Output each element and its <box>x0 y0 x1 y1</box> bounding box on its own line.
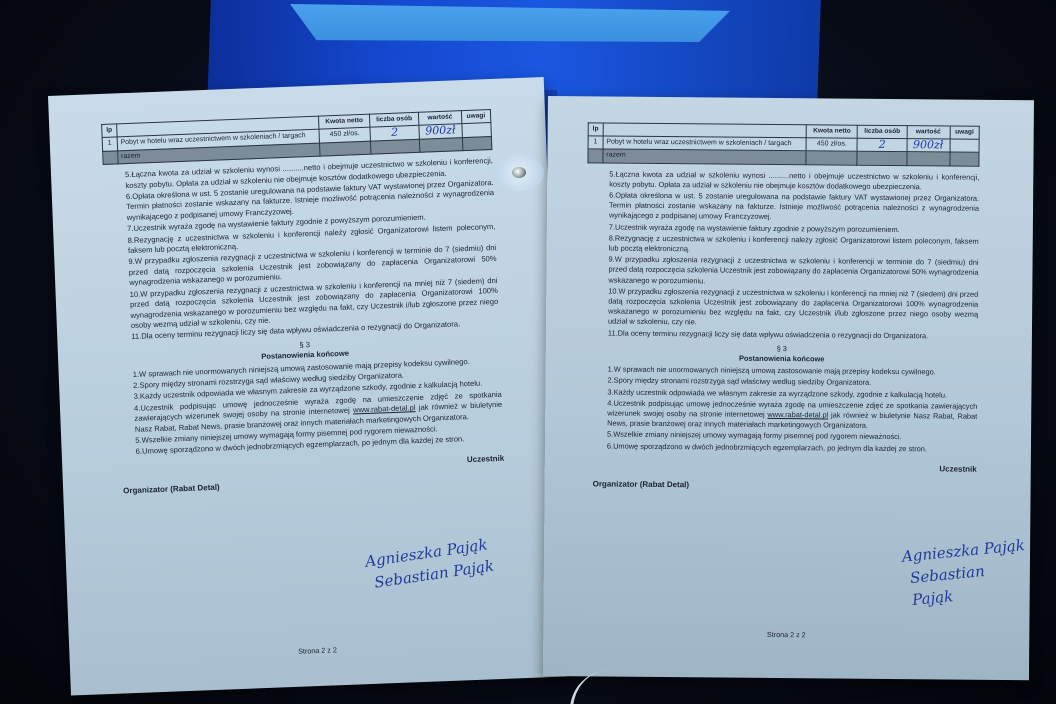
organizer-label: Organizator (Rabat Detal) <box>123 482 220 496</box>
cell-liczba: 2 <box>857 138 906 152</box>
final-provisions: 1.W sprawach nie unormowanych niniejszą … <box>111 355 504 458</box>
cell-empty <box>949 152 979 165</box>
cell-lp: 1 <box>588 136 603 149</box>
snap-button-icon <box>512 167 526 178</box>
clause-text: Każdy uczestnik odpowiada we własnym zak… <box>614 387 948 399</box>
website-link[interactable]: www.rabat-detal.pl <box>767 410 828 420</box>
page-content: lp Kwota netto liczba osób wartość uwagi… <box>101 109 505 508</box>
clause-text: W sprawach nie unormowanych niniejszą um… <box>614 365 936 377</box>
organizer-label: Organizator (Rabat Detal) <box>593 479 690 490</box>
clause-text: Opłata określona w ust. 5 zostanie uregu… <box>609 191 979 222</box>
clause-item: 9.W przypadku zgłoszenia rezygnacji z uc… <box>608 255 978 289</box>
clause-item: 6.Opłata określona w ust. 5 zostanie ure… <box>609 191 979 225</box>
col-wartosc: wartość <box>907 126 950 140</box>
cell-uwagi <box>950 139 980 152</box>
clause-number: 10. <box>608 286 618 295</box>
page-content: lp Kwota netto liczba osób wartość uwagi… <box>584 122 979 504</box>
offer-table: lp Kwota netto liczba osób wartość uwagi… <box>587 122 979 166</box>
clause-number: 10. <box>129 289 140 298</box>
clause-number: 11. <box>608 328 618 337</box>
clause-text: Uczestnik wyraża zgodę na wystawienie fa… <box>615 222 900 233</box>
cell-kwota: 450 zł/os. <box>806 138 857 152</box>
participant-label: Uczestnik <box>939 464 976 475</box>
clause-text: Spory między stronami rozstrzyga sąd wła… <box>614 376 872 387</box>
handwritten-signatures: Agnieszka Pająk Sebastian Pająk <box>364 533 496 595</box>
clause-item: 4.Uczestnik podpisując umowę jednocześni… <box>607 398 977 432</box>
clause-text: W przypadku zgłoszenia rezygnacji z ucze… <box>608 255 978 285</box>
cell-empty <box>588 149 603 162</box>
cell-empty <box>103 151 118 165</box>
offer-table: lp Kwota netto liczba osób wartość uwagi… <box>101 109 492 165</box>
col-liczba: liczba osób <box>858 125 907 139</box>
cell-empty <box>857 152 906 166</box>
page-footer: Strona 2 z 2 <box>69 637 565 665</box>
signature-block: Uczestnik Organizator (Rabat Detal) <box>584 461 976 504</box>
table-total-row: razem <box>588 149 979 166</box>
cell-empty <box>419 137 462 152</box>
payment-clauses: 5.Łączna kwota za udział w szkoleniu wyn… <box>103 156 499 343</box>
folder-clasp <box>494 155 544 191</box>
signature-block: Uczestnik Organizator (Rabat Detal) <box>114 454 505 509</box>
contract-page-right: lp Kwota netto liczba osób wartość uwagi… <box>543 96 1034 680</box>
cell-empty <box>319 141 371 156</box>
col-uwagi: uwagi <box>950 126 980 139</box>
cell-empty <box>806 151 857 165</box>
cell-empty <box>462 136 492 151</box>
col-uwagi: uwagi <box>461 110 491 125</box>
cell-total-label: razem <box>603 149 806 164</box>
clause-item: 8.Rezygnację z uczestnictwa w szkoleniu … <box>609 233 979 257</box>
col-kwota: Kwota netto <box>806 125 857 139</box>
clause-text: Wszelkie zmiany niniejszej umowy wymagaj… <box>613 430 901 442</box>
clause-text: Umowę sporządzono w dwóch jednobrzmiącyc… <box>613 441 927 453</box>
clause-item: 10.W przypadku zgłoszenia rezygnacji z u… <box>608 286 978 330</box>
clause-item: 11.Dla oceny terminu rezygnacji liczy si… <box>608 328 978 341</box>
payment-clauses: 5.Łączna kwota za udział w szkoleniu wyn… <box>586 169 979 342</box>
cell-lp: 1 <box>102 137 117 151</box>
cell-empty <box>370 139 419 154</box>
clause-text: Rezygnację z uczestnictwa w szkoleniu i … <box>609 233 979 253</box>
page-footer: Strona 2 z 2 <box>543 628 1029 641</box>
clause-text: Dla oceny terminu rezygnacji liczy się d… <box>618 328 929 340</box>
col-lp: lp <box>588 123 603 136</box>
website-link[interactable]: www.rabat-detal.pl <box>353 403 416 414</box>
clause-text: Łączna kwota za udział w szkoleniu wynos… <box>609 169 979 191</box>
handwritten-signatures: Agnieszka Pająk Sebastian Pająk <box>901 534 1033 612</box>
cell-uwagi <box>462 123 492 138</box>
section-title: Postanowienia końcowe <box>586 352 978 366</box>
cell-wartosc: 900zł <box>907 139 950 153</box>
final-provisions: 1.W sprawach nie unormowanych niniejszą … <box>585 365 978 455</box>
participant-label: Uczestnik <box>467 454 505 466</box>
contract-page-left: lp Kwota netto liczba osób wartość uwagi… <box>48 77 567 696</box>
clause-number: 11. <box>131 332 141 341</box>
col-lp: lp <box>102 124 117 138</box>
clause-item: 5.Łączna kwota za udział w szkoleniu wyn… <box>609 169 979 193</box>
clause-text: W przypadku zgłoszenia rezygnacji z ucze… <box>608 286 978 326</box>
cell-empty <box>907 152 950 166</box>
clause-item: 6.Umowę sporządzono w dwóch jednobrzmiąc… <box>607 441 977 454</box>
